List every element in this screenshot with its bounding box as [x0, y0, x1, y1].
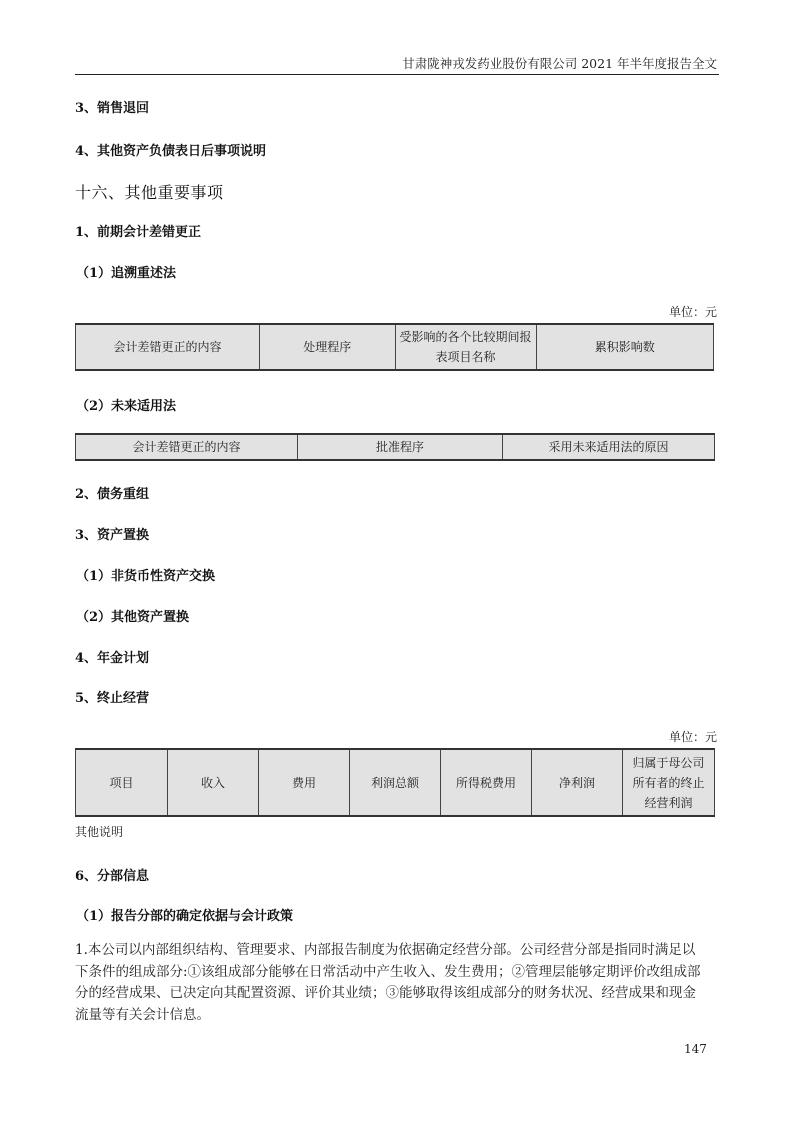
column-header: 所得税费用 — [441, 749, 532, 816]
column-header: 利润总额 — [350, 749, 441, 816]
column-header: 会计差错更正的内容 — [76, 434, 298, 460]
heading-segment: 6、分部信息 — [75, 865, 149, 884]
column-header: 费用 — [259, 749, 350, 816]
heading-debt-restructuring: 2、债务重组 — [75, 483, 149, 502]
heading-other-swap: （2）其他资产置换 — [76, 606, 189, 625]
discontinued-table: 项目 收入 费用 利润总额 所得税费用 净利润 归属于母公司所有者的终止经营利润 — [75, 748, 715, 817]
table-header-row: 会计差错更正的内容 处理程序 受影响的各个比较期间报表项目名称 累积影响数 — [76, 324, 714, 370]
prospective-table: 会计差错更正的内容 批准程序 采用未来适用法的原因 — [75, 433, 715, 461]
paragraph-line: 下条件的组成部分:①该组成部分能够在日常活动中产生收入、发生费用；②管理层能够定… — [75, 962, 720, 984]
heading-other-post-balance: 4、其他资产负债表日后事项说明 — [75, 140, 266, 159]
paragraph-line: 1.本公司以内部组织结构、管理要求、内部报告制度为依据确定经营分部。公司经营分部… — [75, 940, 720, 962]
page-header: 甘肃陇神戎发药业股份有限公司 2021 年半年度报告全文 — [75, 50, 719, 75]
heading-retrospective: （1）追溯重述法 — [76, 262, 176, 281]
column-header: 累积影响数 — [536, 324, 713, 370]
heading-annuity: 4、年金计划 — [75, 647, 149, 666]
table-header-row: 项目 收入 费用 利润总额 所得税费用 净利润 归属于母公司所有者的终止经营利润 — [76, 749, 715, 816]
column-header: 收入 — [168, 749, 259, 816]
heading-discontinued: 5、终止经营 — [75, 687, 149, 706]
unit-label: 单位：元 — [669, 728, 717, 745]
column-header: 处理程序 — [260, 324, 396, 370]
heading-nonmonetary: （1）非货币性资产交换 — [76, 565, 215, 584]
column-header: 会计差错更正的内容 — [76, 324, 260, 370]
column-header: 净利润 — [532, 749, 623, 816]
segment-paragraph: 1.本公司以内部组织结构、管理要求、内部报告制度为依据确定经营分部。公司经营分部… — [75, 940, 720, 1026]
report-title: 甘肃陇神戎发药业股份有限公司 2021 年半年度报告全文 — [402, 54, 717, 72]
heading-segment-basis: （1）报告分部的确定依据与会计政策 — [76, 905, 293, 924]
heading-sales-return: 3、销售退回 — [75, 97, 149, 116]
heading-prospective: （2）未来适用法 — [76, 395, 176, 414]
column-header: 项目 — [76, 749, 168, 816]
column-header: 采用未来适用法的原因 — [503, 434, 715, 460]
page-number: 147 — [684, 1042, 707, 1056]
paragraph-line: 分的经营成果、已决定向其配置资源、评价其业绩；③能够取得该组成部分的财务状况、经… — [75, 983, 720, 1005]
column-header: 归属于母公司所有者的终止经营利润 — [623, 749, 715, 816]
heading-prior-error: 1、前期会计差错更正 — [75, 221, 201, 240]
unit-label: 单位：元 — [669, 303, 717, 320]
heading-asset-swap: 3、资产置换 — [75, 524, 149, 543]
retrospective-table: 会计差错更正的内容 处理程序 受影响的各个比较期间报表项目名称 累积影响数 — [75, 323, 714, 371]
paragraph-line: 流量等有关会计信息。 — [75, 1005, 720, 1027]
other-note: 其他说明 — [75, 823, 123, 840]
column-header: 批准程序 — [298, 434, 503, 460]
table-header-row: 会计差错更正的内容 批准程序 采用未来适用法的原因 — [76, 434, 715, 460]
column-header: 受影响的各个比较期间报表项目名称 — [395, 324, 536, 370]
section-title: 十六、其他重要事项 — [75, 180, 224, 203]
